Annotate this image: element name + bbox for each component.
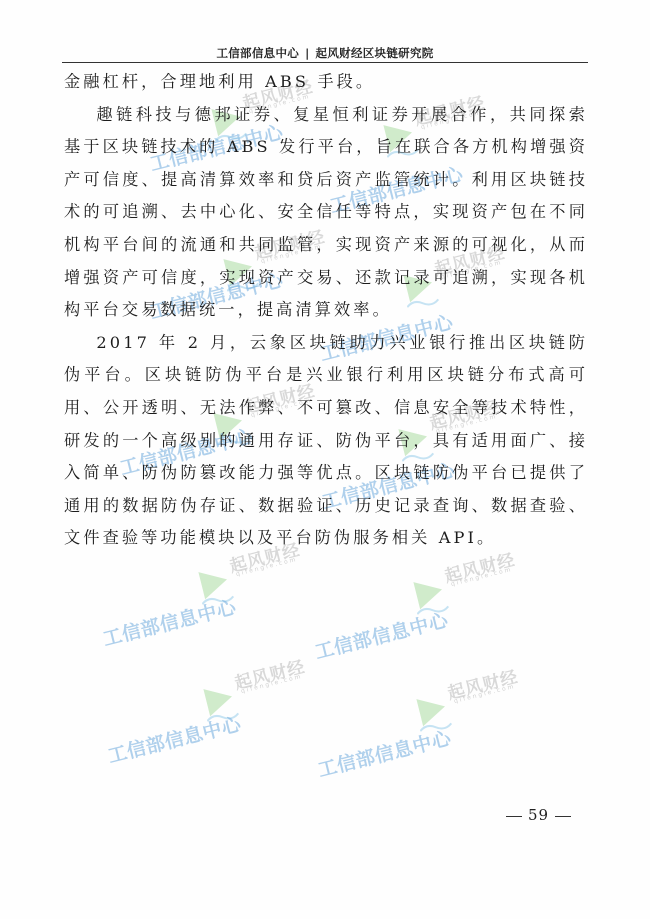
header-org: 工信部信息中心 — [216, 46, 299, 60]
page-number: 59 — [500, 806, 577, 824]
header-rule — [62, 62, 588, 63]
paragraph: 趣链科技与德邦证券、复星恒利证券开展合作，共同探索基于区块链技术的 ABS 发行… — [64, 99, 588, 327]
document-page: 工信部信息中心 起风财经 qifengle.com 起风财经 qifengle.… — [0, 0, 650, 919]
watermark-org-text: 工信部信息中心 — [313, 609, 451, 663]
header-separator: | — [305, 46, 309, 60]
watermark: 工信部信息中心 — [105, 709, 244, 768]
watermark-org-text: 工信部信息中心 — [316, 727, 454, 781]
play-logo-icon — [194, 561, 237, 608]
document-body: 金融杠杆，合理地利用 ABS 手段。 趣链科技与德邦证券、复星恒利证券开展合作，… — [64, 66, 588, 555]
paragraph: 2017 年 2 月，云象区块链助力兴业银行推出区块链防伪平台。区块链防伪平台是… — [64, 327, 588, 555]
play-logo-icon — [412, 688, 455, 735]
header-institute: 起风财经区块链研究院 — [316, 46, 434, 60]
watermark: 工信部信息中心 — [312, 605, 451, 664]
watermark: 工信部信息中心 — [315, 723, 454, 782]
watermark-org-text: 工信部信息中心 — [106, 713, 244, 767]
dash-left — [506, 816, 522, 817]
running-header: 工信部信息中心|起风财经区块链研究院 — [0, 45, 650, 61]
paragraph-continuation: 金融杠杆，合理地利用 ABS 手段。 — [64, 66, 588, 99]
watermark: 工信部信息中心 — [100, 592, 239, 651]
play-logo-icon — [199, 678, 242, 725]
watermark-org-text: 工信部信息中心 — [101, 596, 239, 650]
page-number-value: 59 — [528, 806, 549, 824]
play-logo-icon — [409, 571, 452, 618]
dash-right — [555, 816, 571, 817]
